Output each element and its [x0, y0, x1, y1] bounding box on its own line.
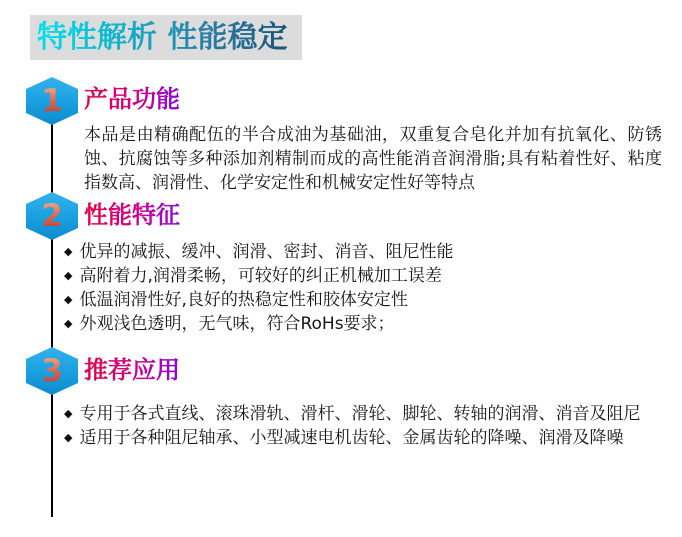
section-title-performance-features: 性能特征	[84, 202, 180, 230]
badge-number-2: 2	[41, 201, 63, 232]
diamond-bullet-icon: ◆	[64, 240, 72, 264]
product-feature-slide: 特性解析 性能稳定 1 产品功能 本品是由精确配伍的半合成油为基础油，双重复合皂…	[0, 0, 682, 537]
badge-number-3: 3	[41, 356, 63, 387]
bullet-text: 专用于各式直线、滚珠滑轨、滑杆、滑轮、脚轮、转轴的润滑、消音及阻尼	[79, 402, 640, 426]
page-title: 特性解析 性能稳定	[30, 15, 302, 60]
list-item: ◆ 外观浅色透明，无气味，符合RoHs要求；	[64, 312, 453, 336]
bullet-text: 优异的减振、缓冲、润滑、密封、消音、阻尼性能	[79, 240, 453, 264]
list-item: ◆ 低温润滑性好,良好的热稳定性和胶体安定性	[64, 288, 453, 312]
diamond-bullet-icon: ◆	[64, 312, 72, 336]
bullet-text: 低温润滑性好,良好的热稳定性和胶体安定性	[79, 288, 407, 312]
hexagon-badge-2: 2	[26, 192, 78, 240]
header-title-bar: 特性解析 性能稳定	[30, 15, 302, 60]
list-item: ◆ 专用于各式直线、滚珠滑轨、滑杆、滑轮、脚轮、转轴的润滑、消音及阻尼	[64, 402, 640, 426]
bullet-list-applications: ◆ 专用于各式直线、滚珠滑轨、滑杆、滑轮、脚轮、转轴的润滑、消音及阻尼 ◆ 适用…	[64, 402, 640, 450]
list-item: ◆ 适用于各种阻尼轴承、小型减速电机齿轮、金属齿轮的降噪、润滑及降噪	[64, 426, 640, 450]
bullet-text: 适用于各种阻尼轴承、小型减速电机齿轮、金属齿轮的降噪、润滑及降噪	[79, 426, 623, 450]
diamond-bullet-icon: ◆	[64, 402, 72, 426]
section-paragraph-product-function: 本品是由精确配伍的半合成油为基础油，双重复合皂化并加有抗氧化、防锈蚀、抗腐蚀等多…	[84, 123, 662, 195]
diamond-bullet-icon: ◆	[64, 426, 72, 450]
bullet-list-performance: ◆ 优异的减振、缓冲、润滑、密封、消音、阻尼性能 ◆ 高附着力,润滑柔畅，可较好…	[64, 240, 453, 336]
list-item: ◆ 高附着力,润滑柔畅，可较好的纠正机械加工误差	[64, 264, 453, 288]
hexagon-badge-3: 3	[26, 347, 78, 395]
bullet-text: 高附着力,润滑柔畅，可较好的纠正机械加工误差	[79, 264, 441, 288]
bullet-text: 外观浅色透明，无气味，符合RoHs要求；	[79, 312, 394, 336]
list-item: ◆ 优异的减振、缓冲、润滑、密封、消音、阻尼性能	[64, 240, 453, 264]
timeline-line	[51, 100, 53, 517]
section-title-recommended-applications: 推荐应用	[84, 357, 180, 385]
diamond-bullet-icon: ◆	[64, 288, 72, 312]
hexagon-badge-1: 1	[26, 77, 78, 125]
diamond-bullet-icon: ◆	[64, 264, 72, 288]
badge-number-1: 1	[41, 86, 63, 117]
section-title-product-function: 产品功能	[84, 86, 180, 114]
